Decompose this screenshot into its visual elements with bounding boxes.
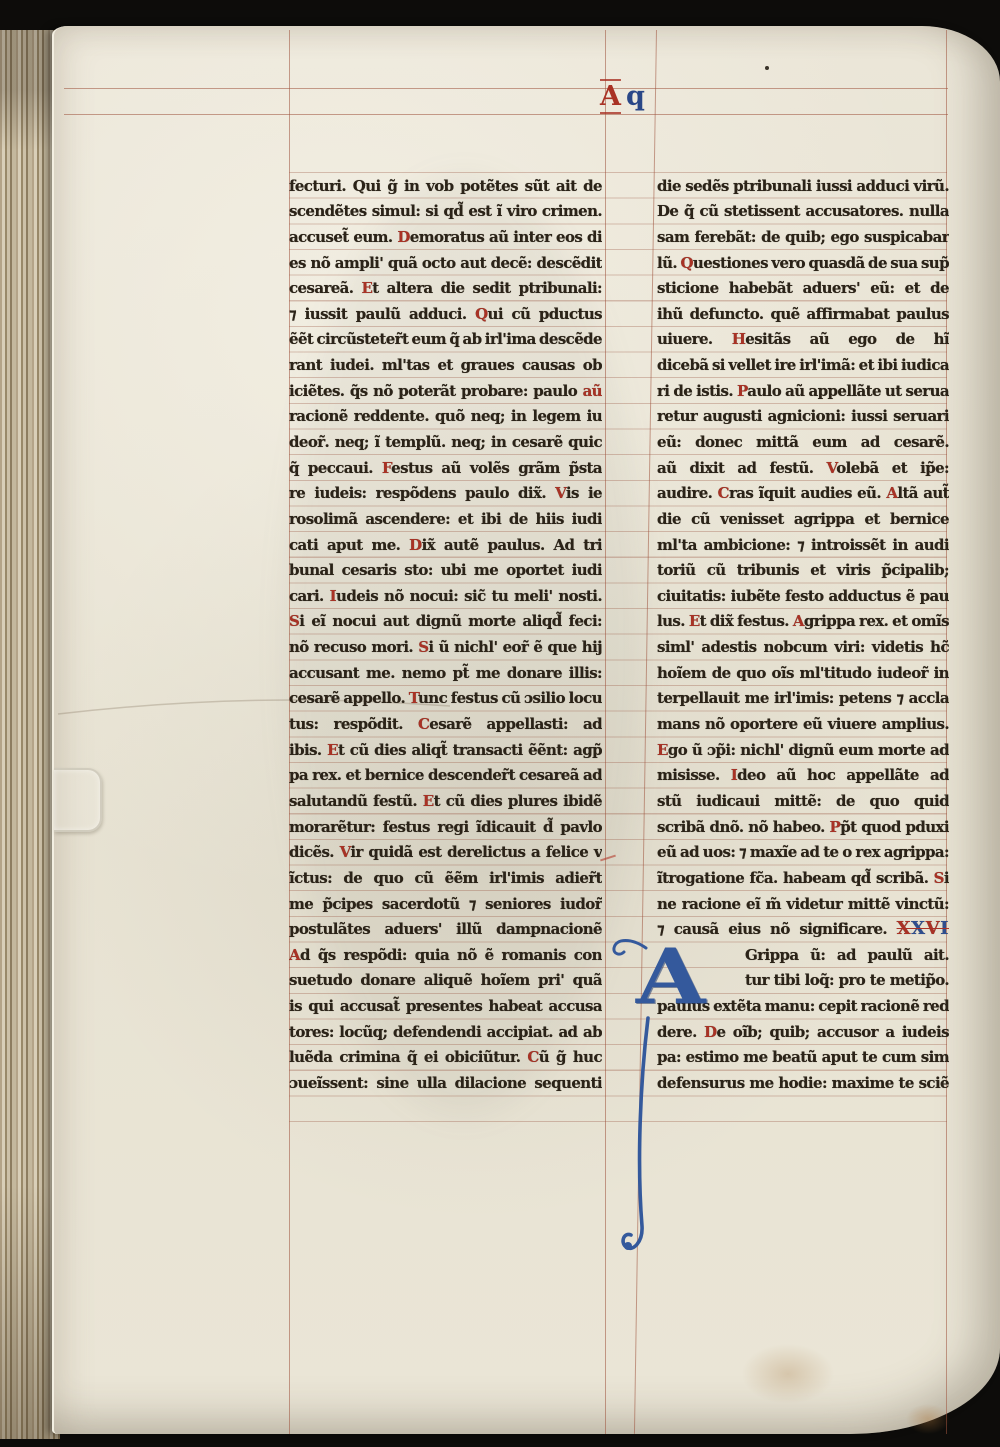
text-segment: estus aũ volẽs grãm p̃sta xyxy=(391,459,602,477)
text-segment: ri de istis. xyxy=(657,382,737,400)
rubricated-letter: V xyxy=(827,459,837,477)
text-line: es nõ ampli' quã octo aut decẽ: descẽdit xyxy=(289,250,602,276)
rubricated-letter: S xyxy=(418,638,428,656)
text-segment: misisse. xyxy=(657,766,731,784)
text-column-left: fecturi. Qui g̃ in vob potẽtes sũt ait d… xyxy=(289,173,602,1096)
text-segment: pa: estimo me beatũ aput te cum sim xyxy=(657,1048,949,1066)
text-segment: stũ iudicaui mittẽ: de quo quid certum xyxy=(657,792,949,814)
text-segment: salutandũ festũ. xyxy=(289,792,423,810)
text-segment: luẽda crimina q̃ ei obiciũtur. xyxy=(289,1048,527,1066)
text-segment: cari. xyxy=(289,587,330,605)
text-segment: unc festus cũ ɔsilio locu xyxy=(418,689,602,707)
text-segment: lus. xyxy=(657,612,689,630)
text-segment: p̃t quod pduxi xyxy=(840,818,949,836)
text-segment: aulo aũ appellãte ut serua xyxy=(747,382,949,400)
text-segment: rant iudei. ml'tas et graues causas ob xyxy=(289,356,602,374)
rubricated-letter: V xyxy=(555,484,566,502)
manuscript-photo: Aq fecturi. Qui g̃ in vob potẽtes sũt ai… xyxy=(0,0,1000,1447)
text-segment: nõ recuso mori. xyxy=(289,638,418,656)
text-line: scribã dnõ. nõ habeo. Pp̃t quod pduxi xyxy=(657,814,949,840)
text-segment: aũ dixit ad festũ. xyxy=(657,459,827,477)
text-segment: sticione habebãt aduers' eũ: et de q̃dam xyxy=(657,279,949,301)
text-line: rant iudei. ml'tas et graues causas ob xyxy=(289,352,602,378)
rubricated-letter: E xyxy=(423,792,434,810)
rubricated-letter: C xyxy=(418,715,429,733)
text-segment: q̃ peccaui. xyxy=(289,459,382,477)
text-line: iciẽtes. q̃s nõ poterãt probare: paulo a… xyxy=(289,378,602,404)
parchment-stain xyxy=(742,1344,834,1404)
text-line: ẽẽt circũsteter̃t eum q̃ ab irl'ima desc… xyxy=(289,326,602,352)
rubricated-letter: V xyxy=(340,843,351,861)
running-header: Aq xyxy=(600,83,645,110)
rubricated-letter: E xyxy=(689,612,700,630)
text-line: accusant me. nemo pt̃ me donare illis: xyxy=(289,660,602,686)
text-segment: emoratus aũ inter eos di xyxy=(410,228,602,246)
text-line: aũ dixit ad festũ. Volebã et ip̃e: homin… xyxy=(657,455,949,481)
text-segment: t dix̃ festus. xyxy=(700,612,793,630)
text-line: dicebã si vellet ire irl'imã: et ibi iud… xyxy=(657,352,949,378)
text-segment: pa rex. et bernice descender̃t cesareã a… xyxy=(289,766,602,784)
text-line: suetudo donare aliquẽ hoĩem pri' quã xyxy=(289,967,602,993)
rubricated-letter: D xyxy=(397,228,409,246)
text-segment: cesarẽ appello. xyxy=(289,689,409,707)
text-segment: toriũ cũ tribunis et viris p̃cipalib; xyxy=(657,561,949,579)
text-segment: De q̃ cũ stetissent accusatores. nulla c… xyxy=(657,202,949,224)
text-line: cesarẽ appello. Tunc festus cũ ɔsilio lo… xyxy=(289,685,602,711)
rubricated-letter: A xyxy=(886,484,897,502)
text-segment: racionẽ reddente. quõ neq; in legem iu xyxy=(289,407,602,425)
text-line: rosolimã ascendere: et ibi de hiis iudi xyxy=(289,506,602,532)
text-line: De q̃ cũ stetissent accusatores. nulla c… xyxy=(657,198,949,224)
text-segment: uestiones vero quasdã de sua sup̃ xyxy=(693,254,949,272)
text-line: retur augusti agnicioni: iussi seruari xyxy=(657,403,949,429)
text-line: Ad q̃s respõdi: quia nõ ẽ romanis con xyxy=(289,942,602,968)
text-segment: ũ g̃ huc xyxy=(539,1048,602,1066)
text-segment: sam ferebãt: de quib; ego suspicabar ma xyxy=(657,228,949,250)
rubricated-letter: E xyxy=(361,279,372,297)
text-segment: i xyxy=(944,869,949,887)
text-segment: i ũ nichl' eor̃ ẽ que hij xyxy=(428,638,602,656)
text-line: lũ. Questiones vero quasdã de sua sup̃ xyxy=(657,250,949,276)
text-line: hoĩem de quo oĩs ml'titudo iudeor̃ in xyxy=(657,660,949,686)
rubricated-letter: X xyxy=(911,918,925,939)
text-line: re iudeis: respõdens paulo dix̃. Vis ie xyxy=(289,480,602,506)
text-segment: die sedẽs ptribunali iussi adduci virũ. xyxy=(657,177,949,195)
text-line: eũ ad uos: ⁊ maxĩe ad te o rex agrippa: … xyxy=(657,839,949,865)
text-segment: postulãtes aduers' illũ dampnacionẽ xyxy=(289,920,602,938)
text-segment: fecturi. Qui g̃ in vob potẽtes sũt ait d… xyxy=(289,177,602,195)
text-segment: t cũ dies plures ibidẽ xyxy=(434,792,602,810)
text-segment: t cũ dies aliqt̃ transacti ẽẽnt: agp̃ xyxy=(338,741,602,759)
text-line: ĩctus: de quo cũ ẽẽm irl'imis adier̃t xyxy=(289,865,602,891)
text-line: tus: respõdit. Cesarẽ appellasti: ad ces… xyxy=(289,711,602,737)
text-line: scendẽtes simul: si qd̃ est ĩ viro crime… xyxy=(289,198,602,224)
text-segment: is ie xyxy=(566,484,602,502)
text-segment: ⁊ iussit paulũ adduci. xyxy=(289,305,475,323)
rubricated-letter: I xyxy=(940,918,949,939)
text-segment: lũ. xyxy=(657,254,680,272)
text-line: deor̃. neq; ĩ templũ. neq; in cesarẽ qui… xyxy=(289,429,602,455)
rubricated-letter: aũ xyxy=(583,382,602,400)
text-line: salutandũ festũ. Et cũ dies plures ibidẽ xyxy=(289,788,602,814)
text-segment: is qui accusat̃ presentes habeat accusa xyxy=(289,997,602,1015)
text-segment: accusant me. nemo pt̃ me donare illis: xyxy=(289,664,602,682)
text-segment: defensurus me hodie: maxime te sciẽ xyxy=(657,1074,949,1092)
text-segment: ui cũ pductus xyxy=(488,305,602,323)
text-segment: dere. xyxy=(657,1023,704,1041)
text-segment: ix̃ autẽ paulus. Ad tri xyxy=(422,536,602,554)
rubricated-letter: A xyxy=(793,612,804,630)
text-line: pa: estimo me beatũ aput te cum sim xyxy=(657,1044,949,1070)
rubricated-letter: H xyxy=(732,330,746,348)
text-segment: mans nõ oportere eũ viuere amplius. xyxy=(657,715,949,733)
parchment-stain xyxy=(906,1404,950,1434)
text-segment: re iudeis: respõdens paulo dix̃. xyxy=(289,484,555,502)
text-segment: scribã dnõ. nõ habeo. xyxy=(657,818,830,836)
text-line: sam ferebãt: de quib; ego suspicabar ma xyxy=(657,224,949,250)
rubricated-letter: D xyxy=(704,1023,716,1041)
text-line: ciuitatis: iubẽte festo adductus ẽ pau xyxy=(657,583,949,609)
text-segment: tores: locũq; defendendi accipiat. ad ab xyxy=(289,1023,602,1041)
text-line: ⁊ iussit paulũ adduci. Qui cũ pductus xyxy=(289,301,602,327)
text-segment: es nõ ampli' quã octo aut decẽ: descẽdit xyxy=(289,254,602,272)
text-segment: eũ ad uos: ⁊ maxĩe ad te o rex agrippa: … xyxy=(657,843,949,865)
text-line: Ego ũ ɔp̃i: nichl' dignũ eum morte ad xyxy=(657,737,949,763)
ruling-vertical-gap-left xyxy=(605,30,606,1434)
text-segment: tur tibi loq̃: pro te metip̃o. Tunc xyxy=(745,971,949,993)
rubricated-letter: S xyxy=(289,612,299,630)
text-segment: audire. xyxy=(657,484,718,502)
rubricated-letter: Q xyxy=(680,254,692,272)
text-segment: ir quidã est derelictus a felice v xyxy=(350,843,602,861)
text-line: misisse. Ideo aũ hoc appellãte ad augu xyxy=(657,762,949,788)
text-segment: terpellauit me irl'imis: petens ⁊ accla xyxy=(657,689,949,707)
text-segment: ĩtrogatione fc̃a. habeam qd̃ scribã. xyxy=(657,869,934,887)
running-header-letter-blue: q xyxy=(626,81,645,112)
rubricated-letter: E xyxy=(657,741,668,759)
text-line: accuset̃ eum. Demoratus aũ inter eos di xyxy=(289,224,602,250)
rubricated-letter: S xyxy=(934,869,944,887)
text-line: dicẽs. Vir quidã est derelictus a felice… xyxy=(289,839,602,865)
ruling-top-line-2 xyxy=(64,114,948,115)
text-segment: dicẽs. xyxy=(289,843,340,861)
text-line: sticione habebãt aduers' eũ: et de q̃dam xyxy=(657,275,949,301)
running-header-letter-red: A xyxy=(600,81,621,114)
text-line: die sedẽs ptribunali iussi adduci virũ. xyxy=(657,173,949,199)
text-segment: udeis nõ nocui: sic̃ tu meli' nosti. xyxy=(336,587,602,605)
text-segment: go ũ ɔp̃i: nichl' dignũ eum morte ad xyxy=(668,741,949,759)
text-line: mans nõ oportere eũ viuere amplius. xyxy=(657,711,949,737)
text-segment: uiuere. xyxy=(657,330,732,348)
text-segment: cati aput me. xyxy=(289,536,409,554)
text-segment: d q̃s respõdi: quia nõ ẽ romanis con xyxy=(300,946,602,964)
rubricated-letter: P xyxy=(830,818,841,836)
ruling-top-line-1 xyxy=(64,88,948,89)
text-segment: ibis. xyxy=(289,741,327,759)
text-line: lus. Et dix̃ festus. Agrippa rex. et omĩ… xyxy=(657,608,949,634)
rubricated-letter: P xyxy=(737,382,747,400)
text-line: bunal cesaris sto: ubi me oportet iudi xyxy=(289,557,602,583)
text-line: cari. Iudeis nõ nocui: sic̃ tu meli' nos… xyxy=(289,583,602,609)
text-line: terpellauit me irl'imis: petens ⁊ accla xyxy=(657,685,949,711)
text-segment: ɔueĩssent: sine ulla dilacione sequenti xyxy=(289,1074,602,1092)
text-line: eũ: donec mittã eum ad cesarẽ. Agippa xyxy=(657,429,949,455)
text-line: Si eĩ nocui aut dignũ morte aliqd̃ feci: xyxy=(289,608,602,634)
text-line: racionẽ reddente. quõ neq; in legem iu xyxy=(289,403,602,429)
text-line: ne racione eĩ m̃ videtur mittẽ vinctũ: xyxy=(657,891,949,917)
rubricated-letter: C xyxy=(718,484,729,502)
text-segment: tus: respõdit. xyxy=(289,715,418,733)
text-line: ɔueĩssent: sine ulla dilacione sequenti xyxy=(289,1070,602,1096)
text-line: cati aput me. Dix̃ autẽ paulus. Ad tri xyxy=(289,532,602,558)
book-page-edges xyxy=(0,30,60,1439)
text-line: postulãtes aduers' illũ dampnacionẽ xyxy=(289,916,602,942)
rubricated-letter: F xyxy=(382,459,391,477)
text-segment: dicebã si vellet ire irl'imã: et ibi iud… xyxy=(657,356,949,374)
text-line: luẽda crimina q̃ ei obiciũtur. Cũ g̃ huc xyxy=(289,1044,602,1070)
text-line: is qui accusat̃ presentes habeat accusa xyxy=(289,993,602,1019)
text-segment: cesareã. xyxy=(289,279,361,297)
text-segment: me p̃cipes sacerdotũ ⁊ seniores iudor̃ xyxy=(289,895,602,913)
text-segment: scendẽtes simul: si qd̃ est ĩ viro crime… xyxy=(289,202,602,220)
text-segment: deor̃. neq; ĩ templũ. neq; in cesarẽ qui… xyxy=(289,433,602,451)
text-line: nõ recuso mori. Si ũ nichl' eor̃ ẽ que h… xyxy=(289,634,602,660)
text-line: audire. Cras ĩquit audies eũ. Altã aut̃ xyxy=(657,480,949,506)
chapter-initial-letter: A xyxy=(614,942,727,1012)
text-segment: accuset̃ eum. xyxy=(289,228,397,246)
text-line: uiuere. Hesitãs aũ ego de hĩ questione. xyxy=(657,326,949,352)
text-segment: ne racione eĩ m̃ videtur mittẽ vinctũ: xyxy=(657,895,949,913)
text-line: me p̃cipes sacerdotũ ⁊ seniores iudor̃ xyxy=(289,891,602,917)
text-segment: retur augusti agnicioni: iussi seruari xyxy=(657,407,949,425)
text-segment: Grippa ũ: ad paulũ ait. xyxy=(745,946,949,964)
text-line: siml' adestis nobcum viri: videtis hc̃ xyxy=(657,634,949,660)
text-segment: eũ: donec mittã eum ad cesarẽ. xyxy=(657,433,949,451)
text-line: stũ iudicaui mittẽ: de quo quid certum xyxy=(657,788,949,814)
rubricated-letter: D xyxy=(409,536,421,554)
text-line: die cũ venisset agrippa et bernice cum xyxy=(657,506,949,532)
text-line: cesareã. Et altera die sedit ptribunali: xyxy=(289,275,602,301)
text-segment: suetudo donare aliquẽ hoĩem pri' quã xyxy=(289,971,602,989)
text-segment: ml'ta ambicione: ⁊ introissẽt in audi xyxy=(657,536,949,554)
text-line: fecturi. Qui g̃ in vob potẽtes sũt ait d… xyxy=(289,173,602,199)
text-segment: iciẽtes. q̃s nõ poterãt probare: paulo xyxy=(289,382,583,400)
parchment-page: Aq fecturi. Qui g̃ in vob potẽtes sũt ai… xyxy=(52,26,1000,1434)
rubricated-letter: T xyxy=(409,689,418,707)
rubricated-letter: C xyxy=(527,1048,538,1066)
text-segment: ihũ defuncto. quẽ affirmabat paulus xyxy=(657,305,949,323)
text-segment: t altera die sedit ptribunali: xyxy=(372,279,602,297)
text-line: pa rex. et bernice descender̃t cesareã a… xyxy=(289,762,602,788)
rubricated-letter: E xyxy=(327,741,338,759)
page-holder-tab xyxy=(54,768,102,832)
text-segment: i eĩ nocui aut dignũ morte aliqd̃ feci: xyxy=(299,612,602,630)
text-line: dere. De oĩb; quib; accusor a iudeis agp… xyxy=(657,1019,949,1045)
text-segment: ĩctus: de quo cũ ẽẽm irl'imis adier̃t xyxy=(289,869,602,887)
text-line: ml'ta ambicione: ⁊ introissẽt in audi xyxy=(657,532,949,558)
text-segment: ẽẽt circũsteter̃t eum q̃ ab irl'ima desc… xyxy=(289,330,602,348)
text-line: toriũ cũ tribunis et viris p̃cipalib; xyxy=(657,557,949,583)
text-segment: ltã aut̃ xyxy=(897,484,949,502)
text-line: ihũ defuncto. quẽ affirmabat paulus xyxy=(657,301,949,327)
rubricated-letter: Q xyxy=(475,305,487,323)
text-line: ri de istis. Paulo aũ appellãte ut serua xyxy=(657,378,949,404)
text-line: defensurus me hodie: maxime te sciẽ xyxy=(657,1070,949,1096)
text-segment: ras ĩquit audies eũ. xyxy=(729,484,886,502)
text-segment: morarẽtur: festus regi ĩdicauit d̃ pavlo xyxy=(289,818,602,836)
text-line: q̃ peccaui. Festus aũ volẽs grãm p̃sta xyxy=(289,455,602,481)
text-segment: ciuitatis: iubẽte festo adductus ẽ pau xyxy=(657,587,949,605)
text-segment: die cũ venisset agrippa et bernice cum xyxy=(657,510,949,532)
text-segment: siml' adestis nobcum viri: videtis hc̃ xyxy=(657,638,949,656)
text-line: ĩtrogatione fc̃a. habeam qd̃ scribã. Si xyxy=(657,865,949,891)
text-segment: bunal cesaris sto: ubi me oportet iudi xyxy=(289,561,602,579)
rubricated-letter: A xyxy=(289,946,300,964)
text-segment: hoĩem de quo oĩs ml'titudo iudeor̃ in xyxy=(657,664,949,682)
rubricated-letter: V xyxy=(926,918,940,939)
text-line: ibis. Et cũ dies aliqt̃ transacti ẽẽnt: … xyxy=(289,737,602,763)
ink-speck xyxy=(765,66,769,70)
rubricated-letter: X xyxy=(897,918,911,939)
text-line: tores: locũq; defendendi accipiat. ad ab xyxy=(289,1019,602,1045)
text-line: morarẽtur: festus regi ĩdicauit d̃ pavlo xyxy=(289,814,602,840)
text-segment: rosolimã ascendere: et ibi de hiis iudi xyxy=(289,510,602,528)
